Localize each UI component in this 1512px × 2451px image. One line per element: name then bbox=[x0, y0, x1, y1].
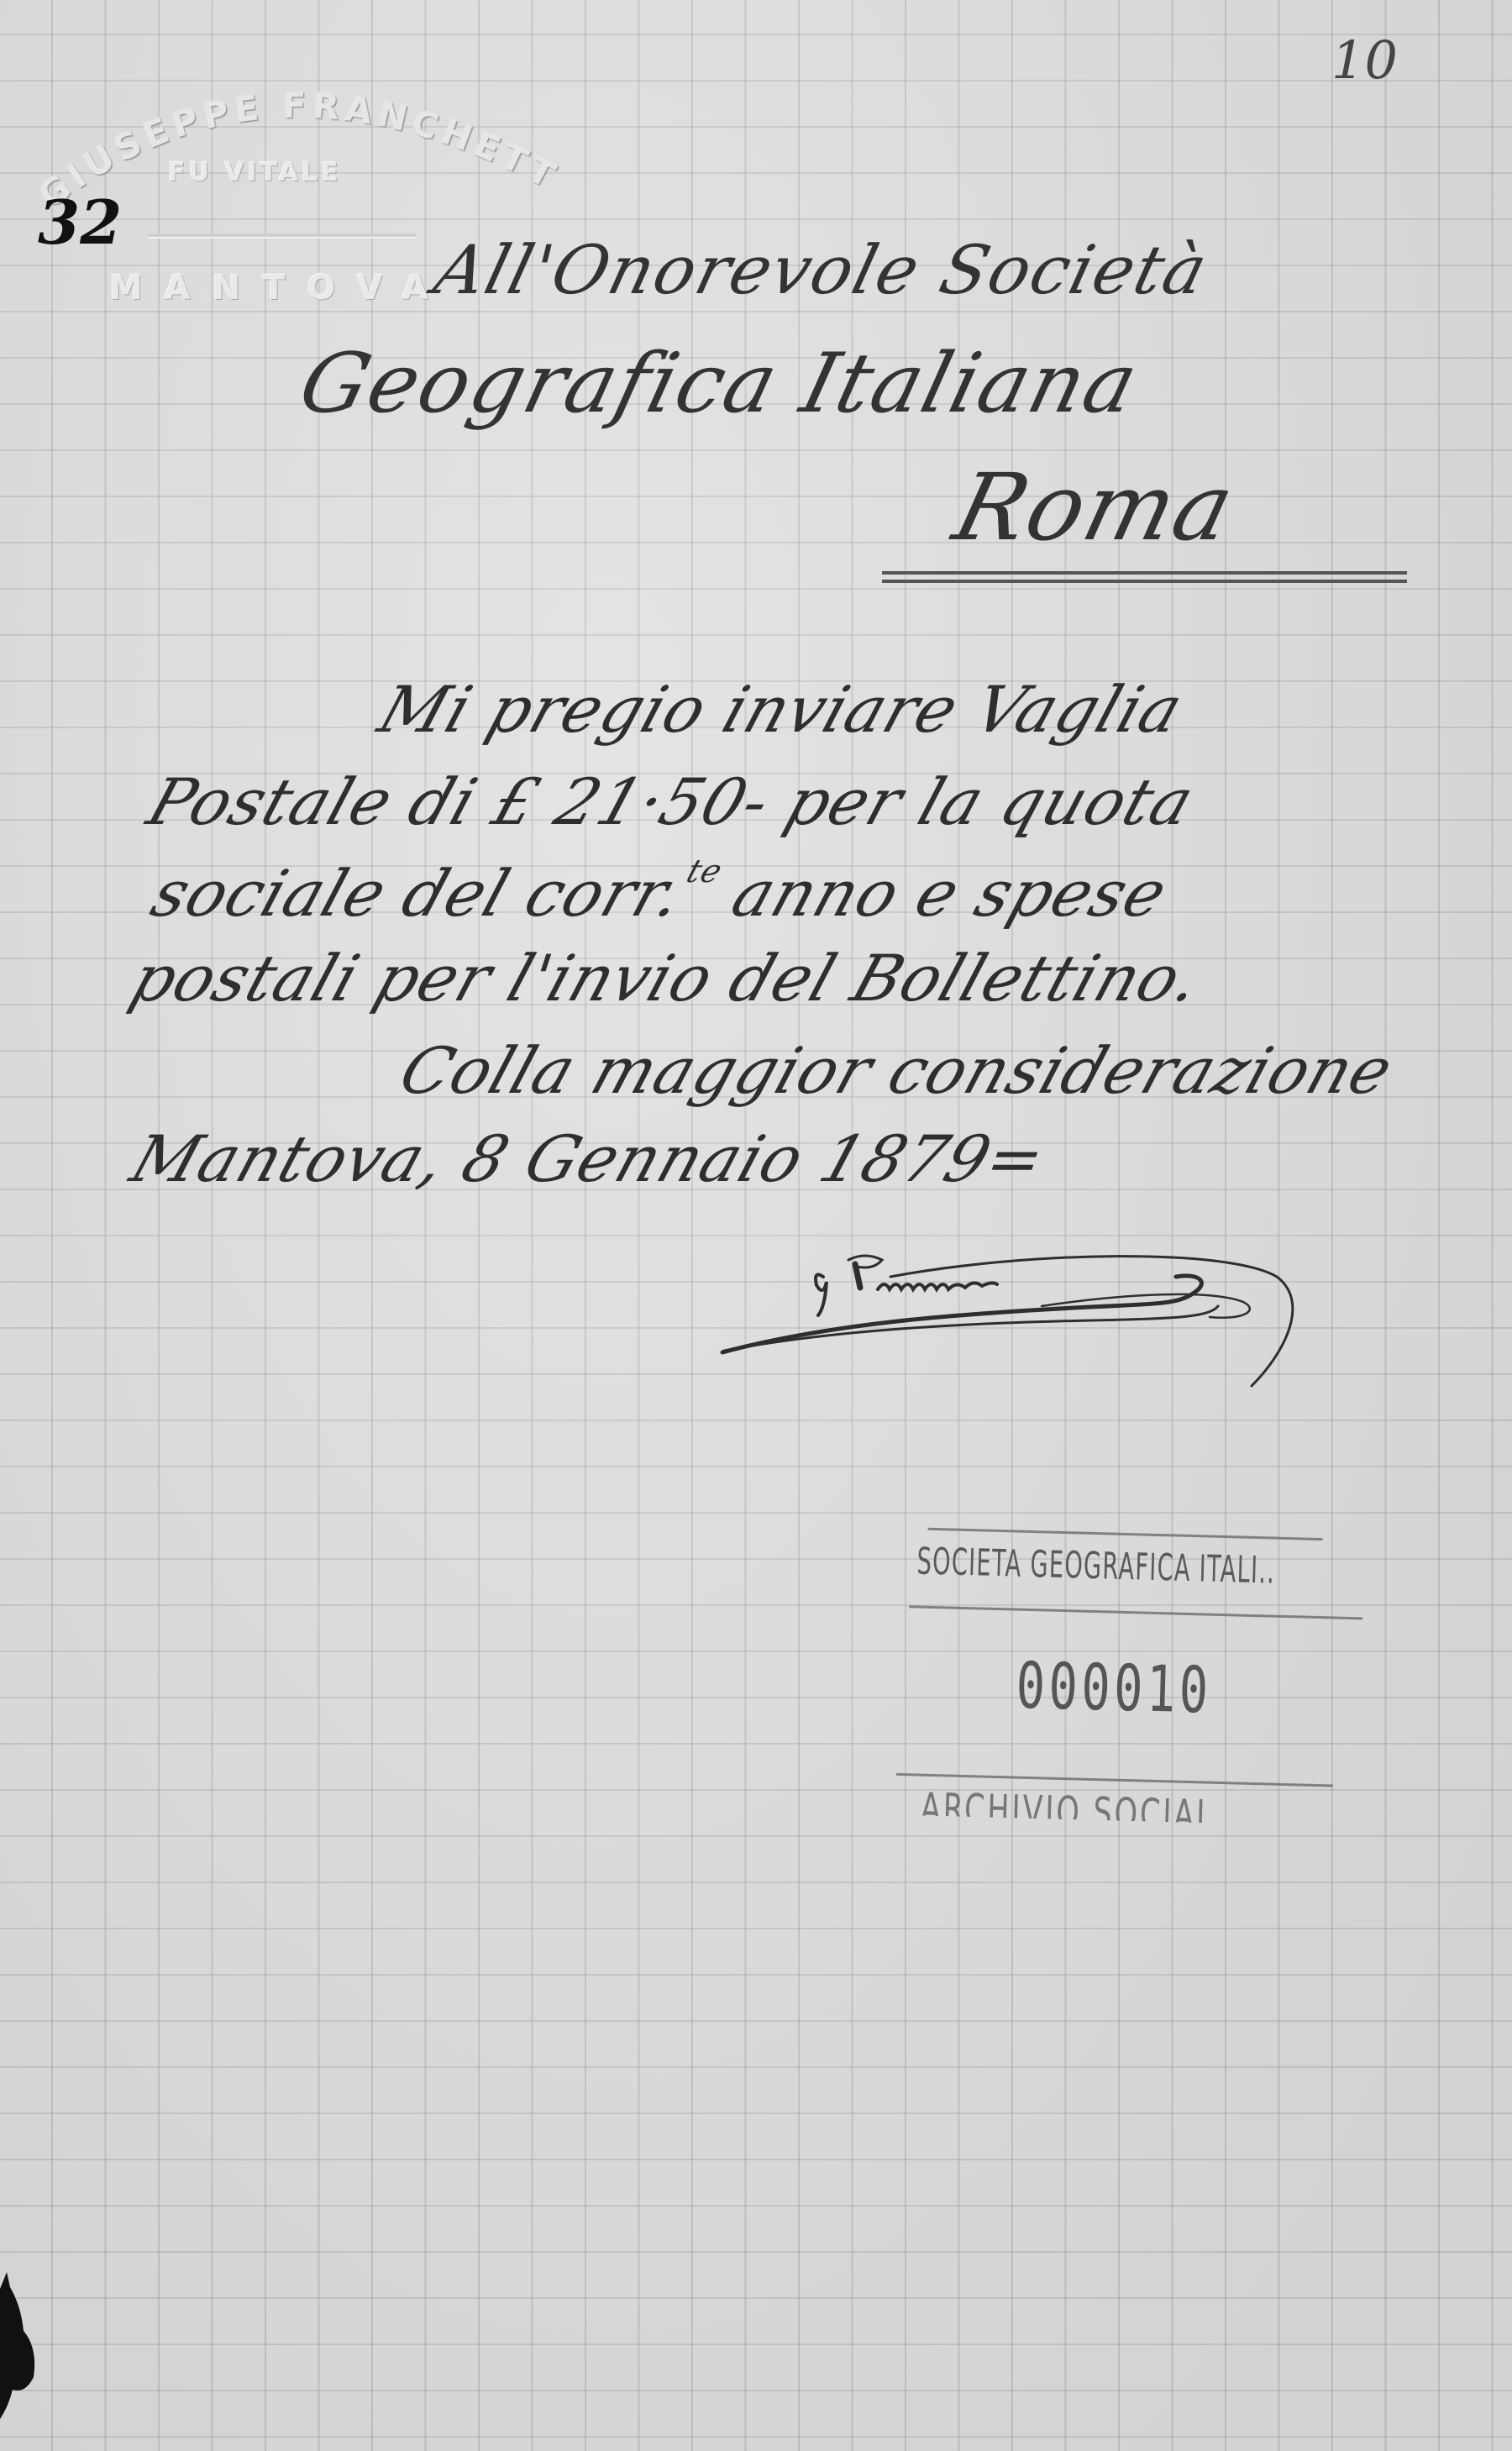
letterhead-ornament-rule bbox=[147, 234, 416, 237]
letterhead-city: MANTOVA bbox=[109, 269, 450, 307]
body-line-3: sociale del corr.te anno e spese bbox=[143, 853, 1178, 931]
body-line-3-start: sociale del corr. bbox=[143, 856, 693, 931]
archive-number: 32 bbox=[38, 186, 122, 258]
place-date-line: Mantova, 8 Gennaio 1879= bbox=[123, 1121, 1056, 1196]
address-line-1: All'Onorevole Società bbox=[427, 231, 1215, 309]
stamp-number: 000010 bbox=[1016, 1648, 1213, 1728]
folio-number: 10 bbox=[1331, 29, 1398, 91]
address-double-underline bbox=[882, 571, 1407, 583]
letterhead-subtitle: FU VITALE bbox=[168, 158, 342, 187]
signature-flourish-icon bbox=[706, 1226, 1378, 1394]
body-line-4: postali per l'invio del Bollettino. bbox=[123, 941, 1211, 1016]
stamp-rule-top bbox=[928, 1528, 1323, 1540]
stamp-rule-middle bbox=[909, 1605, 1362, 1619]
stamp-title: SOCIETA GEOGRAFICA ITALI.. bbox=[916, 1540, 1276, 1592]
address-line-3: Roma bbox=[944, 454, 1246, 561]
address-line-2: Geografica Italiana bbox=[291, 336, 1148, 432]
stamp-footer: ARCHIVIO SOCIAL bbox=[920, 1784, 1215, 1840]
body-line-1: Mi pregio inviare Vaglia bbox=[370, 672, 1193, 747]
body-line-2: Postale di £ 21·50- per la quota bbox=[139, 764, 1204, 839]
closing-salutation: Colla maggior considerazione bbox=[391, 1033, 1403, 1108]
body-line-3-end: anno e spese bbox=[702, 856, 1177, 931]
signature bbox=[706, 1226, 1378, 1394]
archive-stamp: SOCIETA GEOGRAFICA ITALI.. 000010 ARCHIV… bbox=[886, 1506, 1365, 1855]
ink-blot bbox=[0, 2272, 38, 2419]
